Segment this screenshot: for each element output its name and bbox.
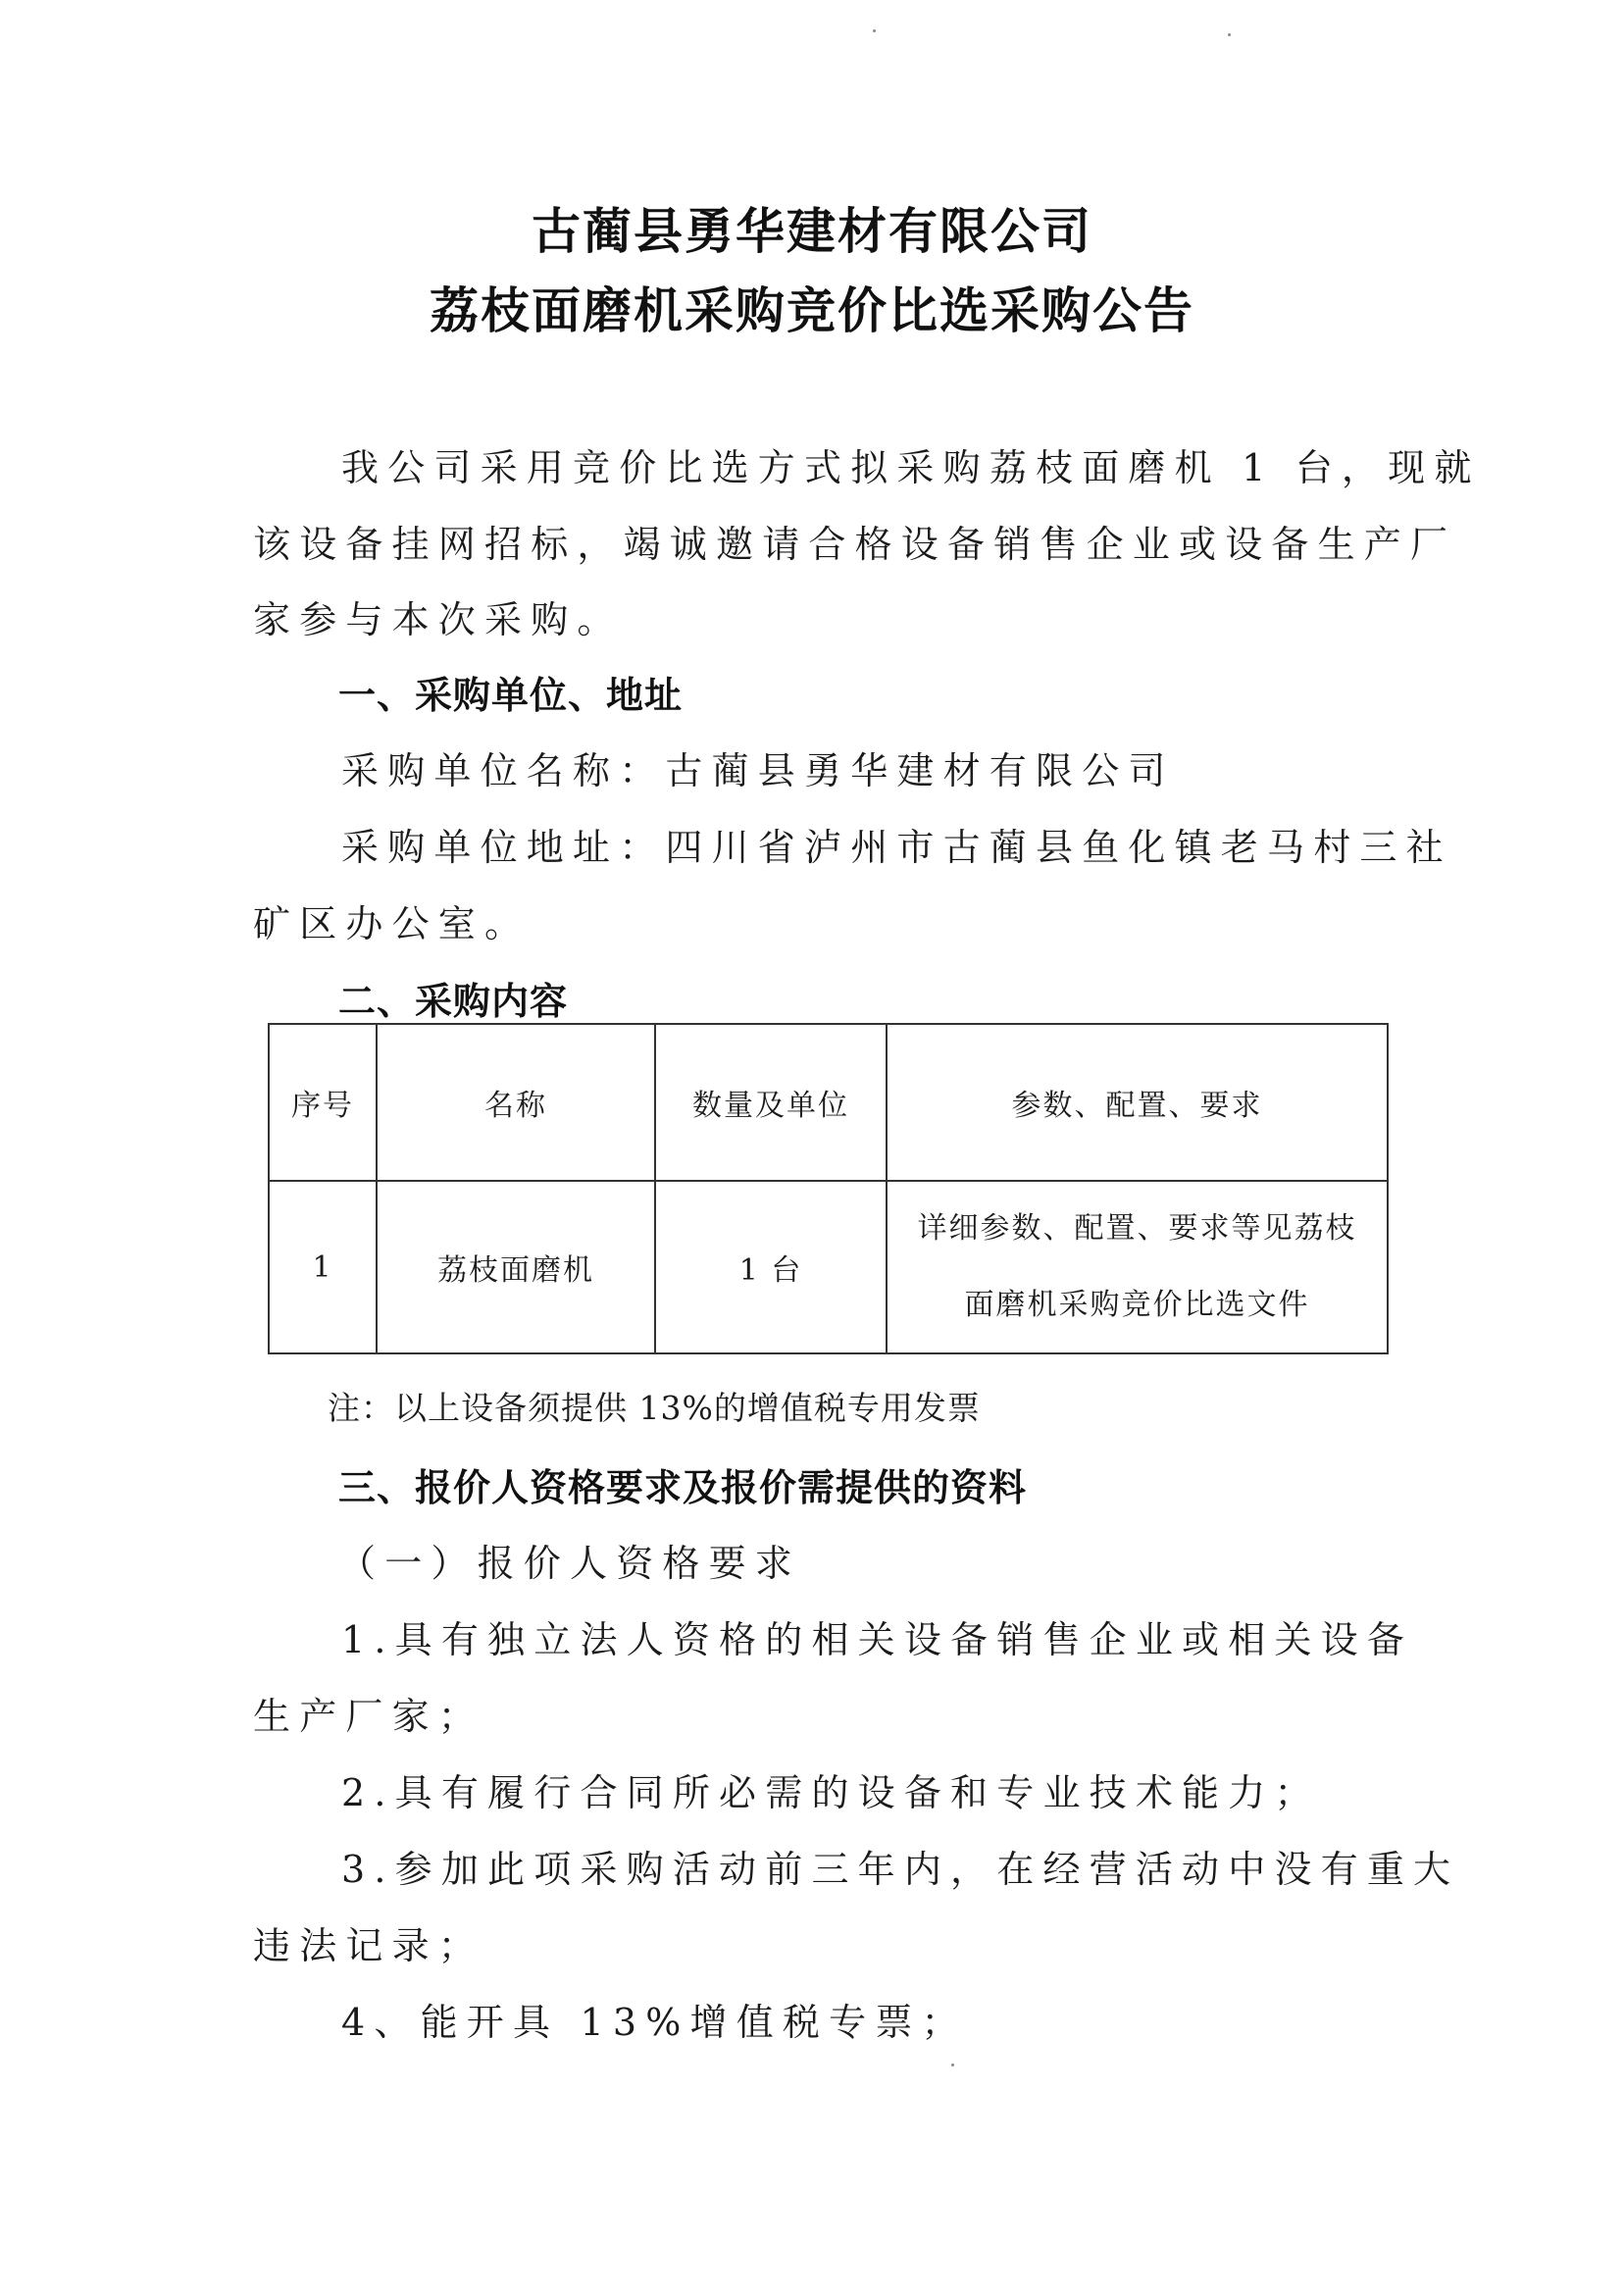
- intro-paragraph-line-2: 该设备挂网招标，竭诚邀请合格设备销售企业或设备生产厂: [253, 514, 1456, 568]
- scan-speck: [1228, 33, 1231, 36]
- intro-paragraph-line-3: 家参与本次采购。: [253, 589, 624, 643]
- section-heading-2: 二、采购内容: [338, 971, 568, 1025]
- header-quantity: 数量及单位: [655, 1024, 887, 1181]
- qualification-item-2: 2.具有履行合同所必需的设备和专业技术能力；: [341, 1762, 1321, 1816]
- purchaser-address-line-2: 矿区办公室。: [253, 893, 531, 947]
- header-name: 名称: [377, 1024, 655, 1181]
- requirements-line-2: 面磨机采购竞价比选文件: [897, 1267, 1377, 1344]
- qualification-item-3-line-2: 违法记录；: [253, 1915, 484, 1969]
- section-heading-3: 三、报价人资格要求及报价需提供的资料: [338, 1457, 1027, 1511]
- intro-paragraph-line-1: 我公司采用竞价比选方式拟采购荔枝面磨机 1 台，现就: [341, 437, 1481, 491]
- procurement-table: 序号 名称 数量及单位 参数、配置、要求 1 荔枝面磨机 1 台 详细参数、配置…: [268, 1023, 1389, 1354]
- purchaser-name-line: 采购单位名称：古蔺县勇华建材有限公司: [341, 740, 1175, 794]
- qualification-item-1-line-2: 生产厂家；: [253, 1686, 484, 1740]
- header-index: 序号: [269, 1024, 377, 1181]
- table-header-row: 序号 名称 数量及单位 参数、配置、要求: [269, 1024, 1388, 1181]
- cell-index: 1: [269, 1181, 377, 1353]
- scan-speck: [951, 2064, 954, 2066]
- requirements-line-1: 详细参数、配置、要求等见荔枝: [897, 1191, 1377, 1267]
- subsection-heading-qualifications: （一）报价人资格要求: [338, 1533, 801, 1587]
- table-note: 注：以上设备须提供 13%的增值税专用发票: [328, 1383, 981, 1429]
- qualification-item-3-line-1: 3.参加此项采购活动前三年内，在经营活动中没有重大: [341, 1839, 1459, 1893]
- document-title-notice: 荔枝面磨机采购竞价比选采购公告: [0, 272, 1624, 342]
- cell-quantity: 1 台: [655, 1181, 887, 1353]
- qualification-item-1-line-1: 1.具有独立法人资格的相关设备销售企业或相关设备: [341, 1609, 1413, 1663]
- table-row: 1 荔枝面磨机 1 台 详细参数、配置、要求等见荔枝 面磨机采购竞价比选文件: [269, 1181, 1388, 1353]
- qualification-item-4: 4、能开具 13%增值税专票；: [341, 1992, 968, 2046]
- cell-name: 荔枝面磨机: [377, 1181, 655, 1353]
- header-requirements: 参数、配置、要求: [887, 1024, 1388, 1181]
- cell-requirements: 详细参数、配置、要求等见荔枝 面磨机采购竞价比选文件: [887, 1181, 1388, 1353]
- section-heading-1: 一、采购单位、地址: [338, 665, 683, 719]
- purchaser-address-line-1: 采购单位地址：四川省泸州市古蔺县鱼化镇老马村三社: [341, 817, 1452, 871]
- scan-speck: [873, 29, 876, 32]
- document-title-company: 古蔺县勇华建材有限公司: [0, 192, 1624, 263]
